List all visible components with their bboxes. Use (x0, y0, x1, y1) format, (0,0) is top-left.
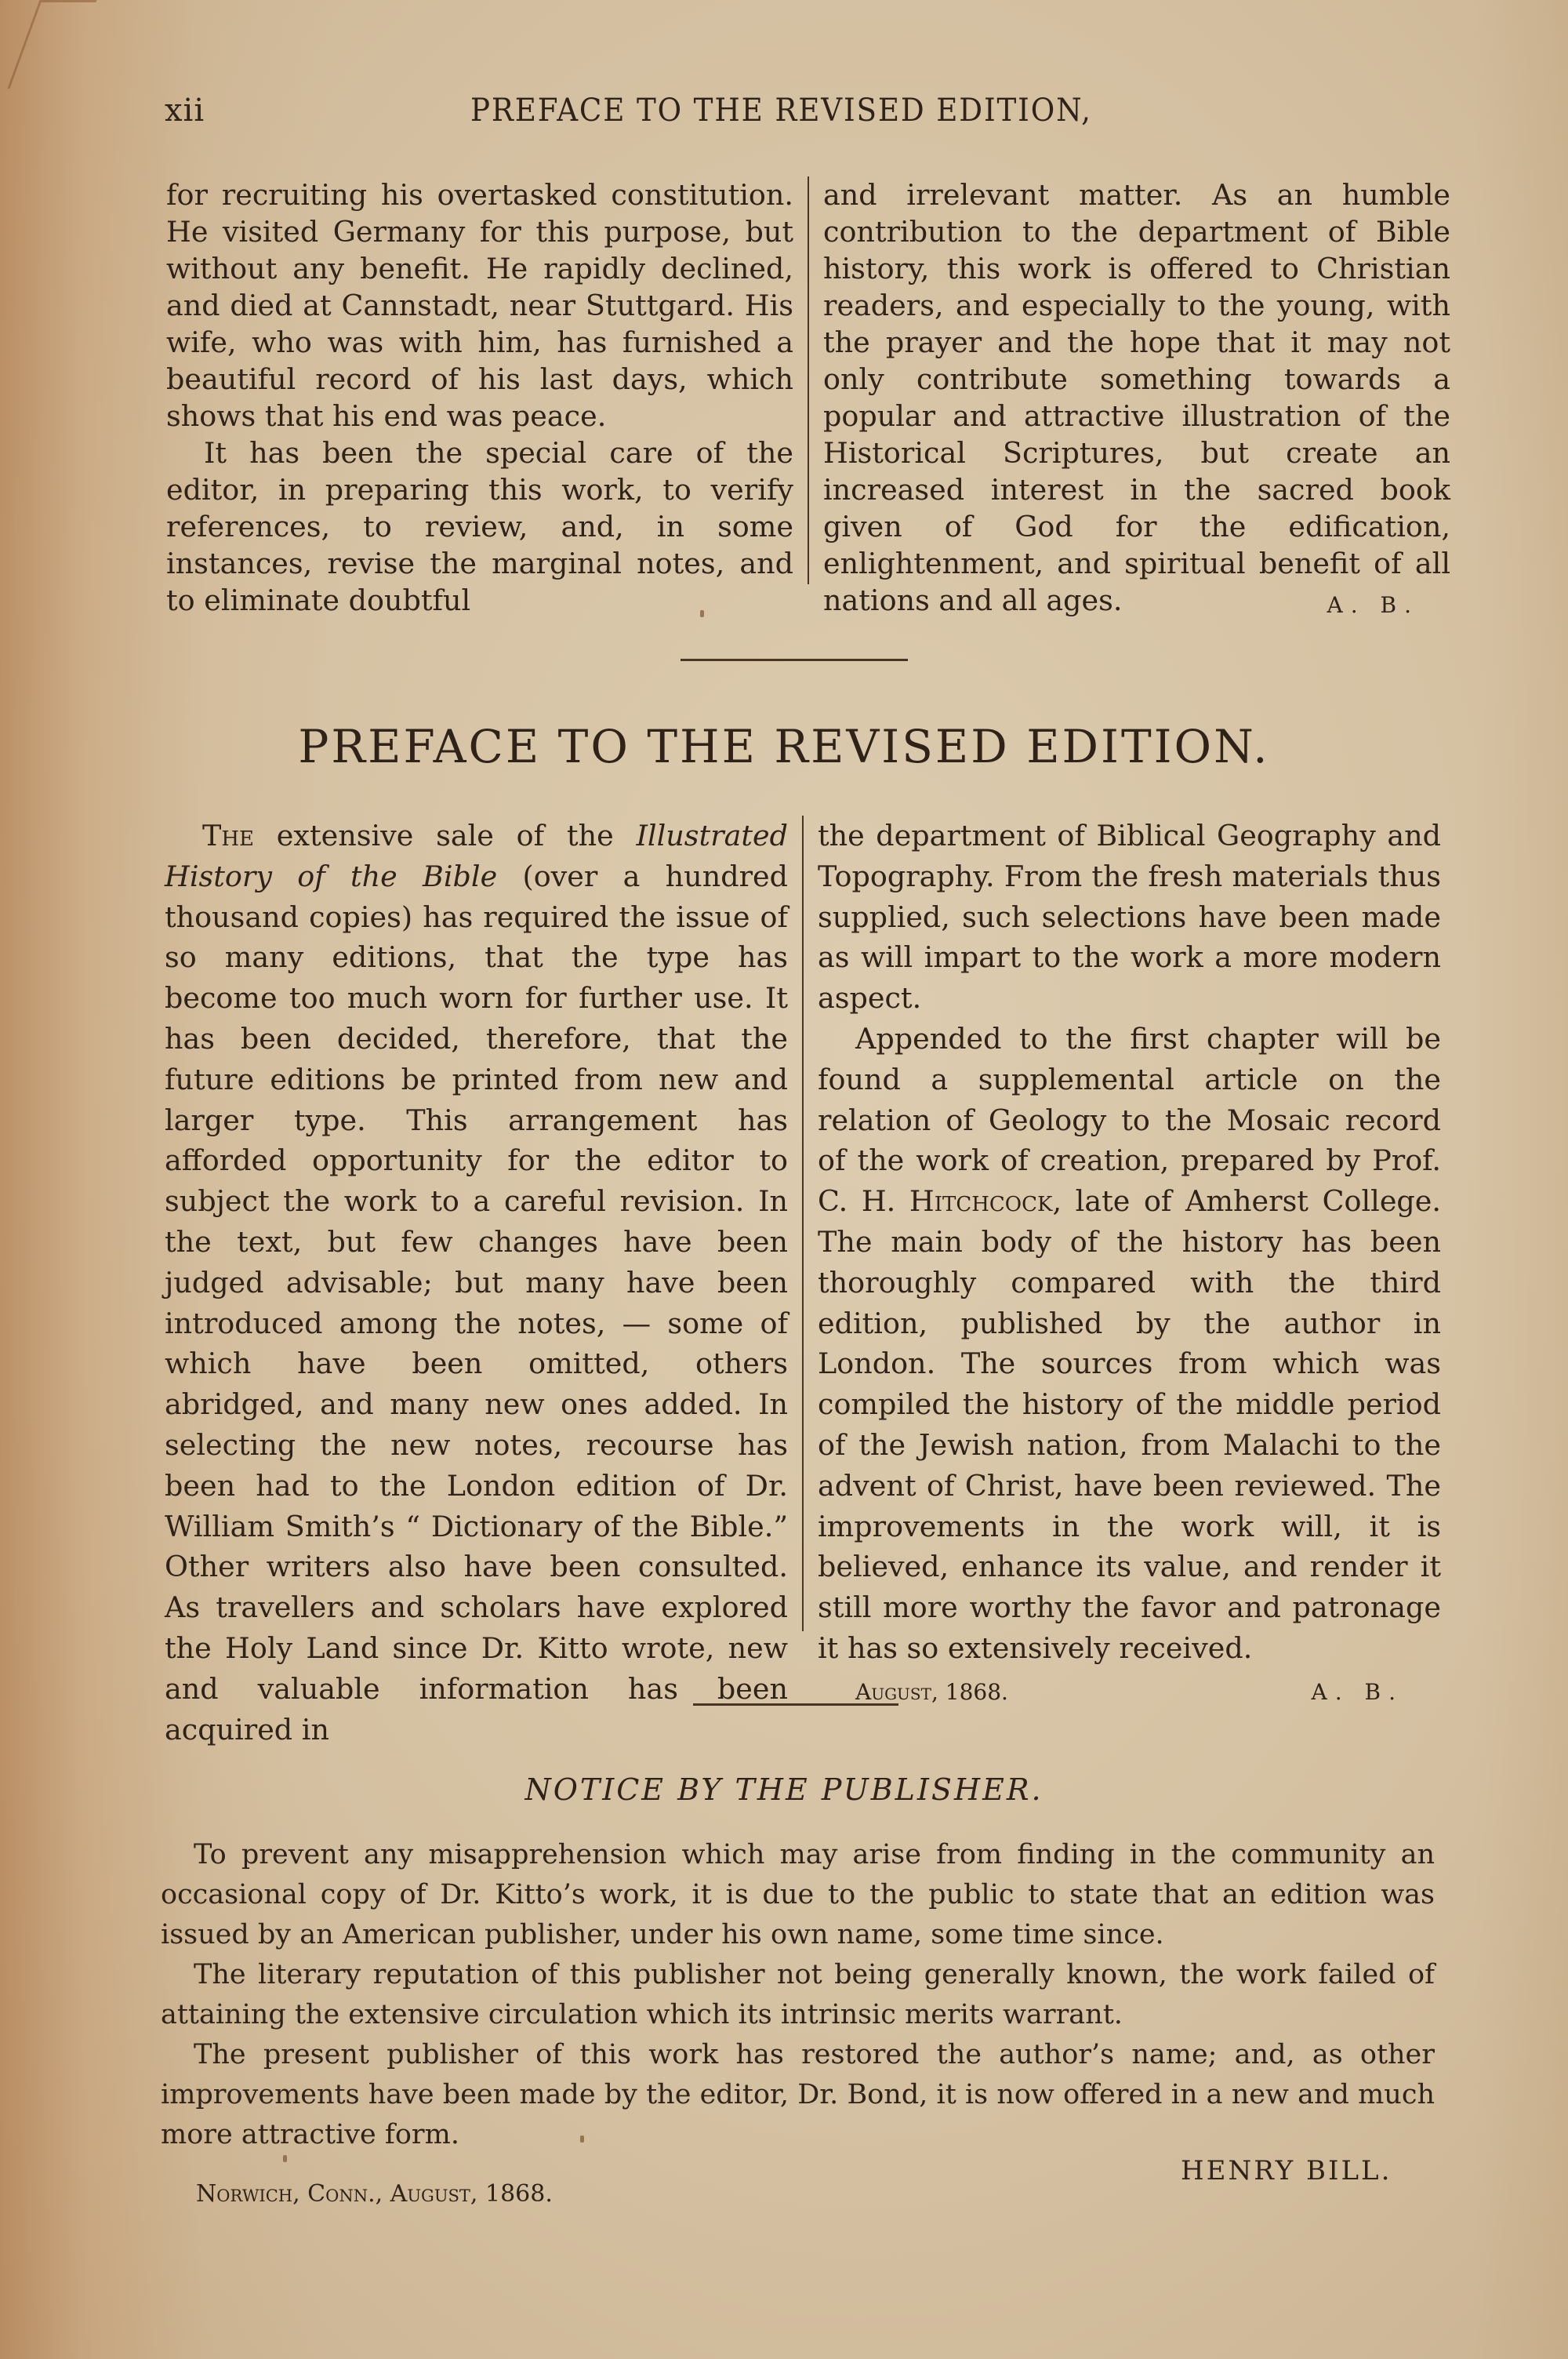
running-head: xii PREFACE TO THE REVISED EDITION, (165, 93, 1466, 136)
left-column: The extensive sale of the Illustrated Hi… (165, 816, 788, 1631)
paragraph: the department of Biblical Geography and… (818, 816, 1441, 1019)
torn-corner (7, 0, 96, 89)
notice-title: NOTICE BY THE PUBLISHER. (0, 1772, 1568, 1807)
section-divider (681, 659, 908, 661)
left-column: for recruiting his overtasked constituti… (166, 176, 793, 584)
place-date: Norwich, Conn., August, 1868. (196, 2180, 553, 2208)
right-column: the department of Biblical Geography and… (818, 816, 1441, 1631)
paragraph: for recruiting his overtasked constituti… (166, 176, 793, 434)
revised-preface-body: The extensive sale of the Illustrated Hi… (165, 816, 1466, 1631)
publisher-notice-body: To prevent any misapprehension which may… (161, 1835, 1435, 2155)
lead-word: The (202, 819, 254, 852)
paragraph: The extensive sale of the Illustrated Hi… (165, 816, 788, 1750)
paper-speck (700, 610, 704, 617)
section-divider (693, 1703, 898, 1706)
preface-date: August, 1868. (855, 1672, 1008, 1713)
paragraph: and irrelevant matter. As an humble cont… (823, 176, 1450, 619)
section-title: PREFACE TO THE REVISED EDITION. (0, 720, 1568, 773)
paragraph: To prevent any misapprehension which may… (161, 1835, 1435, 1955)
column-rule (808, 176, 809, 584)
signature: A. B. (1327, 587, 1420, 623)
previous-preface-continuation: for recruiting his overtasked constituti… (166, 176, 1460, 584)
author-name: Hitchcock (909, 1184, 1053, 1218)
paragraph: Appended to the first chapter will be fo… (818, 1019, 1441, 1669)
paper-speck (580, 2135, 584, 2143)
paragraph: The present publisher of this work has r… (161, 2035, 1435, 2155)
right-column: and irrelevant matter. As an humble cont… (823, 176, 1450, 584)
date-line: August, 1868. A. B. (818, 1672, 1441, 1713)
paragraph: It has been the special care of the edit… (166, 434, 793, 619)
column-rule (802, 816, 804, 1631)
running-title: PREFACE TO THE REVISED EDITION, (470, 93, 1092, 129)
page-number: xii (165, 93, 205, 129)
paper-speck (283, 2155, 287, 2162)
signature: A. B. (1312, 1672, 1404, 1713)
publisher-signature: HENRY BILL. (1181, 2155, 1392, 2186)
paragraph: The literary reputation of this publishe… (161, 1955, 1435, 2035)
